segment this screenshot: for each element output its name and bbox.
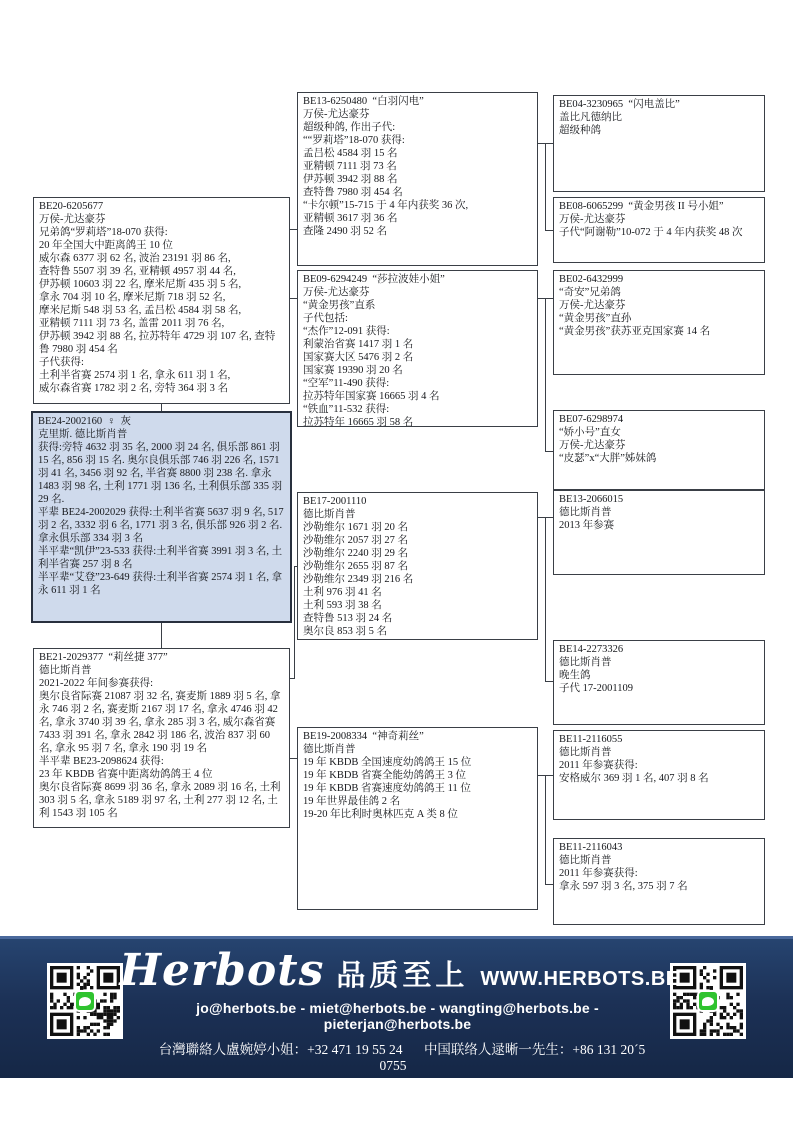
brand-logo: Herbots <box>119 949 324 993</box>
connector-line <box>545 884 553 885</box>
connector-line <box>545 681 553 682</box>
connector-line <box>161 404 162 411</box>
connector-line <box>545 517 546 682</box>
pedigree-box-ggp-1: BE04-3230965 “闪电盖比” 盖比凡德纳比 超级种鸽 <box>553 95 765 192</box>
footer: Herbots 品质至上 WWW.HERBOTS.BE jo@herbots.b… <box>0 936 793 1078</box>
line-qr-code <box>47 963 123 1039</box>
pedigree-box-ggp-7: BE11-2116055 德比斯肖普 2011 年参赛获得: 安格威尔 369 … <box>553 730 765 820</box>
pedigree-box-ggp-4: BE07-6298974 “娇小号”直女 万侯-尤达豪芬 “皮瑟”x“大胖”姊妹… <box>553 410 765 490</box>
connector-line <box>545 143 546 231</box>
footer-website: WWW.HERBOTS.BE <box>480 968 679 991</box>
connector-line <box>545 298 546 452</box>
pedigree-box-ggp-2: BE08-6065299 “黄金男孩 II 号小姐” 万侯-尤达豪芬 子代“阿谢… <box>553 197 765 263</box>
connector-line <box>290 229 297 230</box>
pedigree-box-ggp-3: BE02-6432999 “奇安”兄弟鸽 万侯-尤达豪芬 “黄金男孩”直孙 “黄… <box>553 270 765 375</box>
pedigree-box-granddam-1: BE09-6294249 “莎拉波娃小姐” 万侯-尤达豪芬 “黄金男孩”直系 子… <box>297 270 538 427</box>
pedigree-box-ggp-5: BE13-2066015 德比斯肖普 2013 年参赛 <box>553 490 765 575</box>
pedigree-box-ggp-8: BE11-2116043 德比斯肖普 2011 年参赛获得: 拿永 597 羽 … <box>553 838 765 925</box>
pedigree-box-grandsire-2: BE17-2001110 德比斯肖普 沙勒维尔 1671 羽 20 名 沙勒维尔… <box>297 492 538 640</box>
footer-contact-china: 中国联络人逯晰一先生：+86 131 20´5 0755 <box>380 1042 646 1073</box>
footer-emails: jo@herbots.be - miet@herbots.be - wangti… <box>135 1000 660 1032</box>
footer-tagline: 贺伯特家族...秉持品质第一与诚实可靠，力求提供完美的服务！ <box>135 1080 660 1122</box>
footer-contacts: 台灣聯絡人盧婉婷小姐：+32 471 19 55 24 中国联络人逯晰一先生：+… <box>135 1038 660 1074</box>
connector-line <box>545 451 553 452</box>
pedigree-box-grandsire-1: BE13-6250480 “白羽闪电” 万侯-尤达豪芬 超级种鸽, 作出子代: … <box>297 92 538 266</box>
pedigree-box-granddam-2: BE19-2008334 “神奇莉丝” 德比斯肖普 19 年 KBDB 全国速度… <box>297 727 538 910</box>
pedigree-box-subject: BE24-2002160 ♀ 灰 克里斯. 德比斯肖普 获得:旁特 4632 羽… <box>31 411 292 623</box>
pedigree-box-mother: BE21-2029377 “莉丝捷 377” 德比斯肖普 2021-2022 年… <box>33 648 290 828</box>
pedigree-box-ggp-6: BE14-2273326 德比斯肖普 晚生鸽 子代 17-2001109 <box>553 640 765 725</box>
pedigree-page: BE20-6205677 万侯-尤达豪芬 兄弟鸽“罗莉塔”18-070 获得: … <box>0 0 793 1122</box>
connector-line <box>545 775 546 885</box>
connector-line <box>294 566 297 567</box>
wechat-qr-code <box>670 963 746 1039</box>
wechat-app-icon <box>697 990 719 1012</box>
connector-line <box>290 298 297 299</box>
connector-line <box>294 566 295 679</box>
connector-line <box>290 758 297 759</box>
connector-line <box>545 230 553 231</box>
footer-slogan-cn: 品质至上 <box>336 962 468 991</box>
pedigree-box-father: BE20-6205677 万侯-尤达豪芬 兄弟鸽“罗莉塔”18-070 获得: … <box>33 197 290 404</box>
connector-line <box>161 623 162 648</box>
line-app-icon <box>74 990 96 1012</box>
footer-contact-taiwan: 台灣聯絡人盧婉婷小姐：+32 471 19 55 24 <box>159 1042 403 1057</box>
